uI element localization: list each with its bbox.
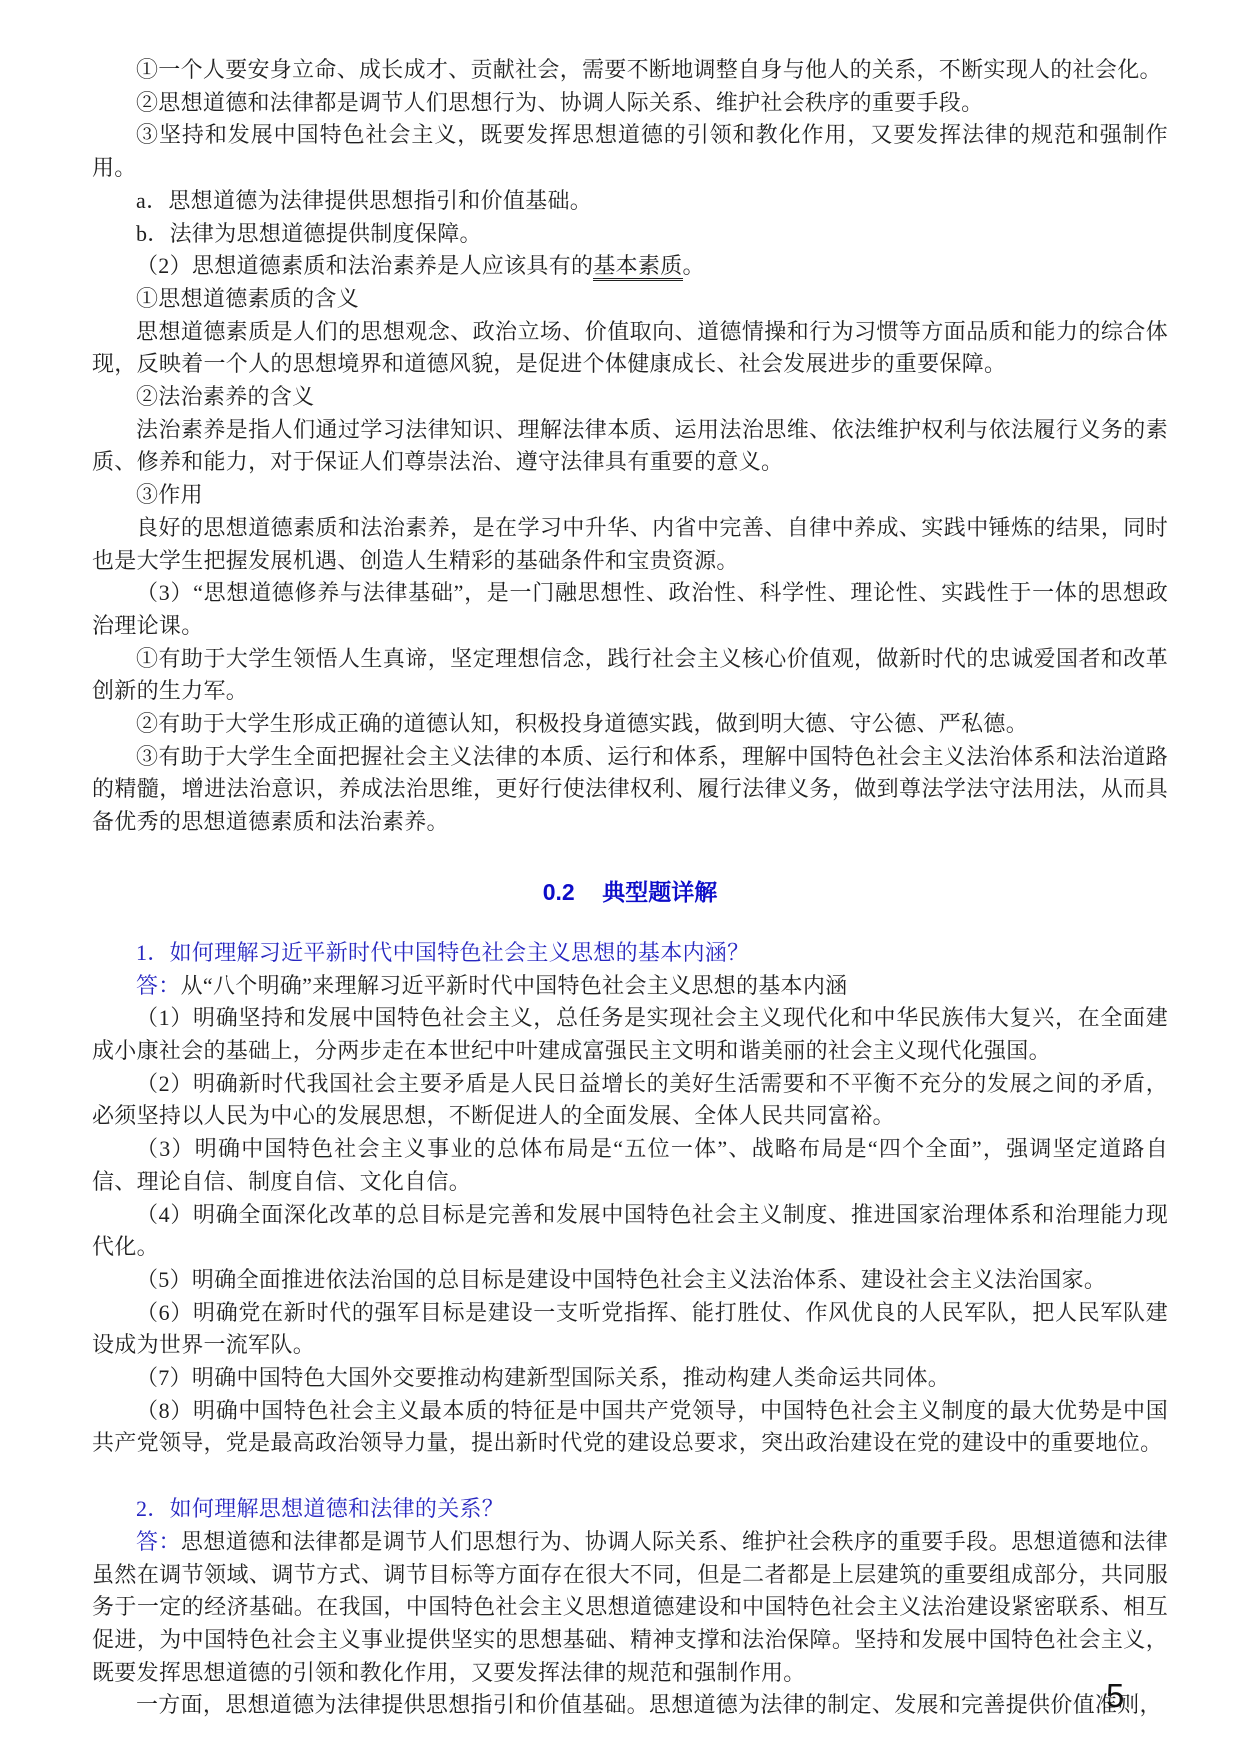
question-1: 1．如何理解习近平新时代中国特色社会主义思想的基本内涵？ [92,937,1168,970]
paragraph-subtitle-function: ③作用 [92,479,1168,512]
answer-1-item-5: （5）明确全面推进依法治国的总目标是建设中国特色社会主义法治体系、建设社会主义法… [92,1264,1168,1297]
paragraph-function-body: 良好的思想道德素质和法治素养，是在学习中升华、内省中完善、自律中养成、实践中锤炼… [92,512,1168,577]
paragraph-point-1: ①一个人要安身立命、成长成才、贡献社会，需要不断地调整自身与他人的关系，不断实现… [92,54,1168,87]
paragraph-subtitle-meaning-legal: ②法治素养的含义 [92,381,1168,414]
section-number: 0.2 [543,879,575,905]
paragraph-text: （2）思想道德素质和法治素养是人应该具有的 [136,253,593,278]
section-title: 典型题详解 [602,879,717,905]
answer-1-item-1: （1）明确坚持和发展中国特色社会主义，总任务是实现社会主义现代化和中华民族伟大复… [92,1002,1168,1067]
paragraph-moral-definition: 思想道德素质是人们的思想观念、政治立场、价值取向、道德情操和行为习惯等方面品质和… [92,316,1168,381]
answer-1-item-4: （4）明确全面深化改革的总目标是完善和发展中国特色社会主义制度、推进国家治理体系… [92,1199,1168,1264]
answer-body-text: 思想道德和法律都是调节人们思想行为、协调人际关系、维护社会秩序的重要手段。思想道… [92,1529,1168,1685]
paragraph-sub-b: b．法律为思想道德提供制度保障。 [92,218,1168,251]
paragraph-text: 。 [683,253,705,278]
underlined-term: 基本素质 [593,253,682,281]
answer-1-item-7: （7）明确中国特色大国外交要推动构建新型国际关系，推动构建人类命运共同体。 [92,1362,1168,1395]
answer-label: 答： [136,973,181,998]
paragraph-sub-a: a．思想道德为法律提供思想指引和价值基础。 [92,185,1168,218]
paragraph-point-2: ②思想道德和法律都是调节人们思想行为、协调人际关系、维护社会秩序的重要手段。 [92,87,1168,120]
paragraph-benefit-2: ②有助于大学生形成正确的道德认知，积极投身道德实践，做到明大德、守公德、严私德。 [92,708,1168,741]
paragraph-item-2: （2）思想道德素质和法治素养是人应该具有的基本素质。 [92,250,1168,283]
answer-label: 答： [136,1529,181,1554]
page-number: 5 [1106,1676,1124,1716]
paragraph-benefit-1: ①有助于大学生领悟人生真谛，坚定理想信念，践行社会主义核心价值观，做新时代的忠诚… [92,643,1168,708]
answer-2-paragraph-2: 一方面，思想道德为法律提供思想指引和价值基础。思想道德为法律的制定、发展和完善提… [92,1689,1168,1722]
answer-intro-text: 从“八个明确”来理解习近平新时代中国特色社会主义思想的基本内涵 [181,973,848,998]
section-heading: 0.2典型题详解 [92,876,1168,909]
answer-1-item-6: （6）明确党在新时代的强军目标是建设一支听党指挥、能打胜仗、作风优良的人民军队，… [92,1297,1168,1362]
answer-1-item-3: （3）明确中国特色社会主义事业的总体布局是“五位一体”、战略布局是“四个全面”，… [92,1133,1168,1198]
question-2: 2．如何理解思想道德和法律的关系？ [92,1493,1168,1526]
answer-1-item-2: （2）明确新时代我国社会主要矛盾是人民日益增长的美好生活需要和不平衡不充分的发展… [92,1068,1168,1133]
paragraph-legal-definition: 法治素养是指人们通过学习法律知识、理解法律本质、运用法治思维、依法维护权利与依法… [92,414,1168,479]
answer-1-intro: 答：从“八个明确”来理解习近平新时代中国特色社会主义思想的基本内涵 [92,970,1168,1003]
paragraph-benefit-3: ③有助于大学生全面把握社会主义法律的本质、运行和体系，理解中国特色社会主义法治体… [92,741,1168,839]
answer-1-item-8: （8）明确中国特色社会主义最本质的特征是中国共产党领导，中国特色社会主义制度的最… [92,1395,1168,1460]
paragraph-item-3: （3）“思想道德修养与法律基础”，是一门融思想性、政治性、科学性、理论性、实践性… [92,577,1168,642]
paragraph-subtitle-meaning-moral: ①思想道德素质的含义 [92,283,1168,316]
text-column: ①一个人要安身立命、成长成才、贡献社会，需要不断地调整自身与他人的关系，不断实现… [92,54,1168,1722]
answer-2-body: 答：思想道德和法律都是调节人们思想行为、协调人际关系、维护社会秩序的重要手段。思… [92,1526,1168,1690]
paragraph-point-3: ③坚持和发展中国特色社会主义，既要发挥思想道德的引领和教化作用，又要发挥法律的规… [92,119,1168,184]
